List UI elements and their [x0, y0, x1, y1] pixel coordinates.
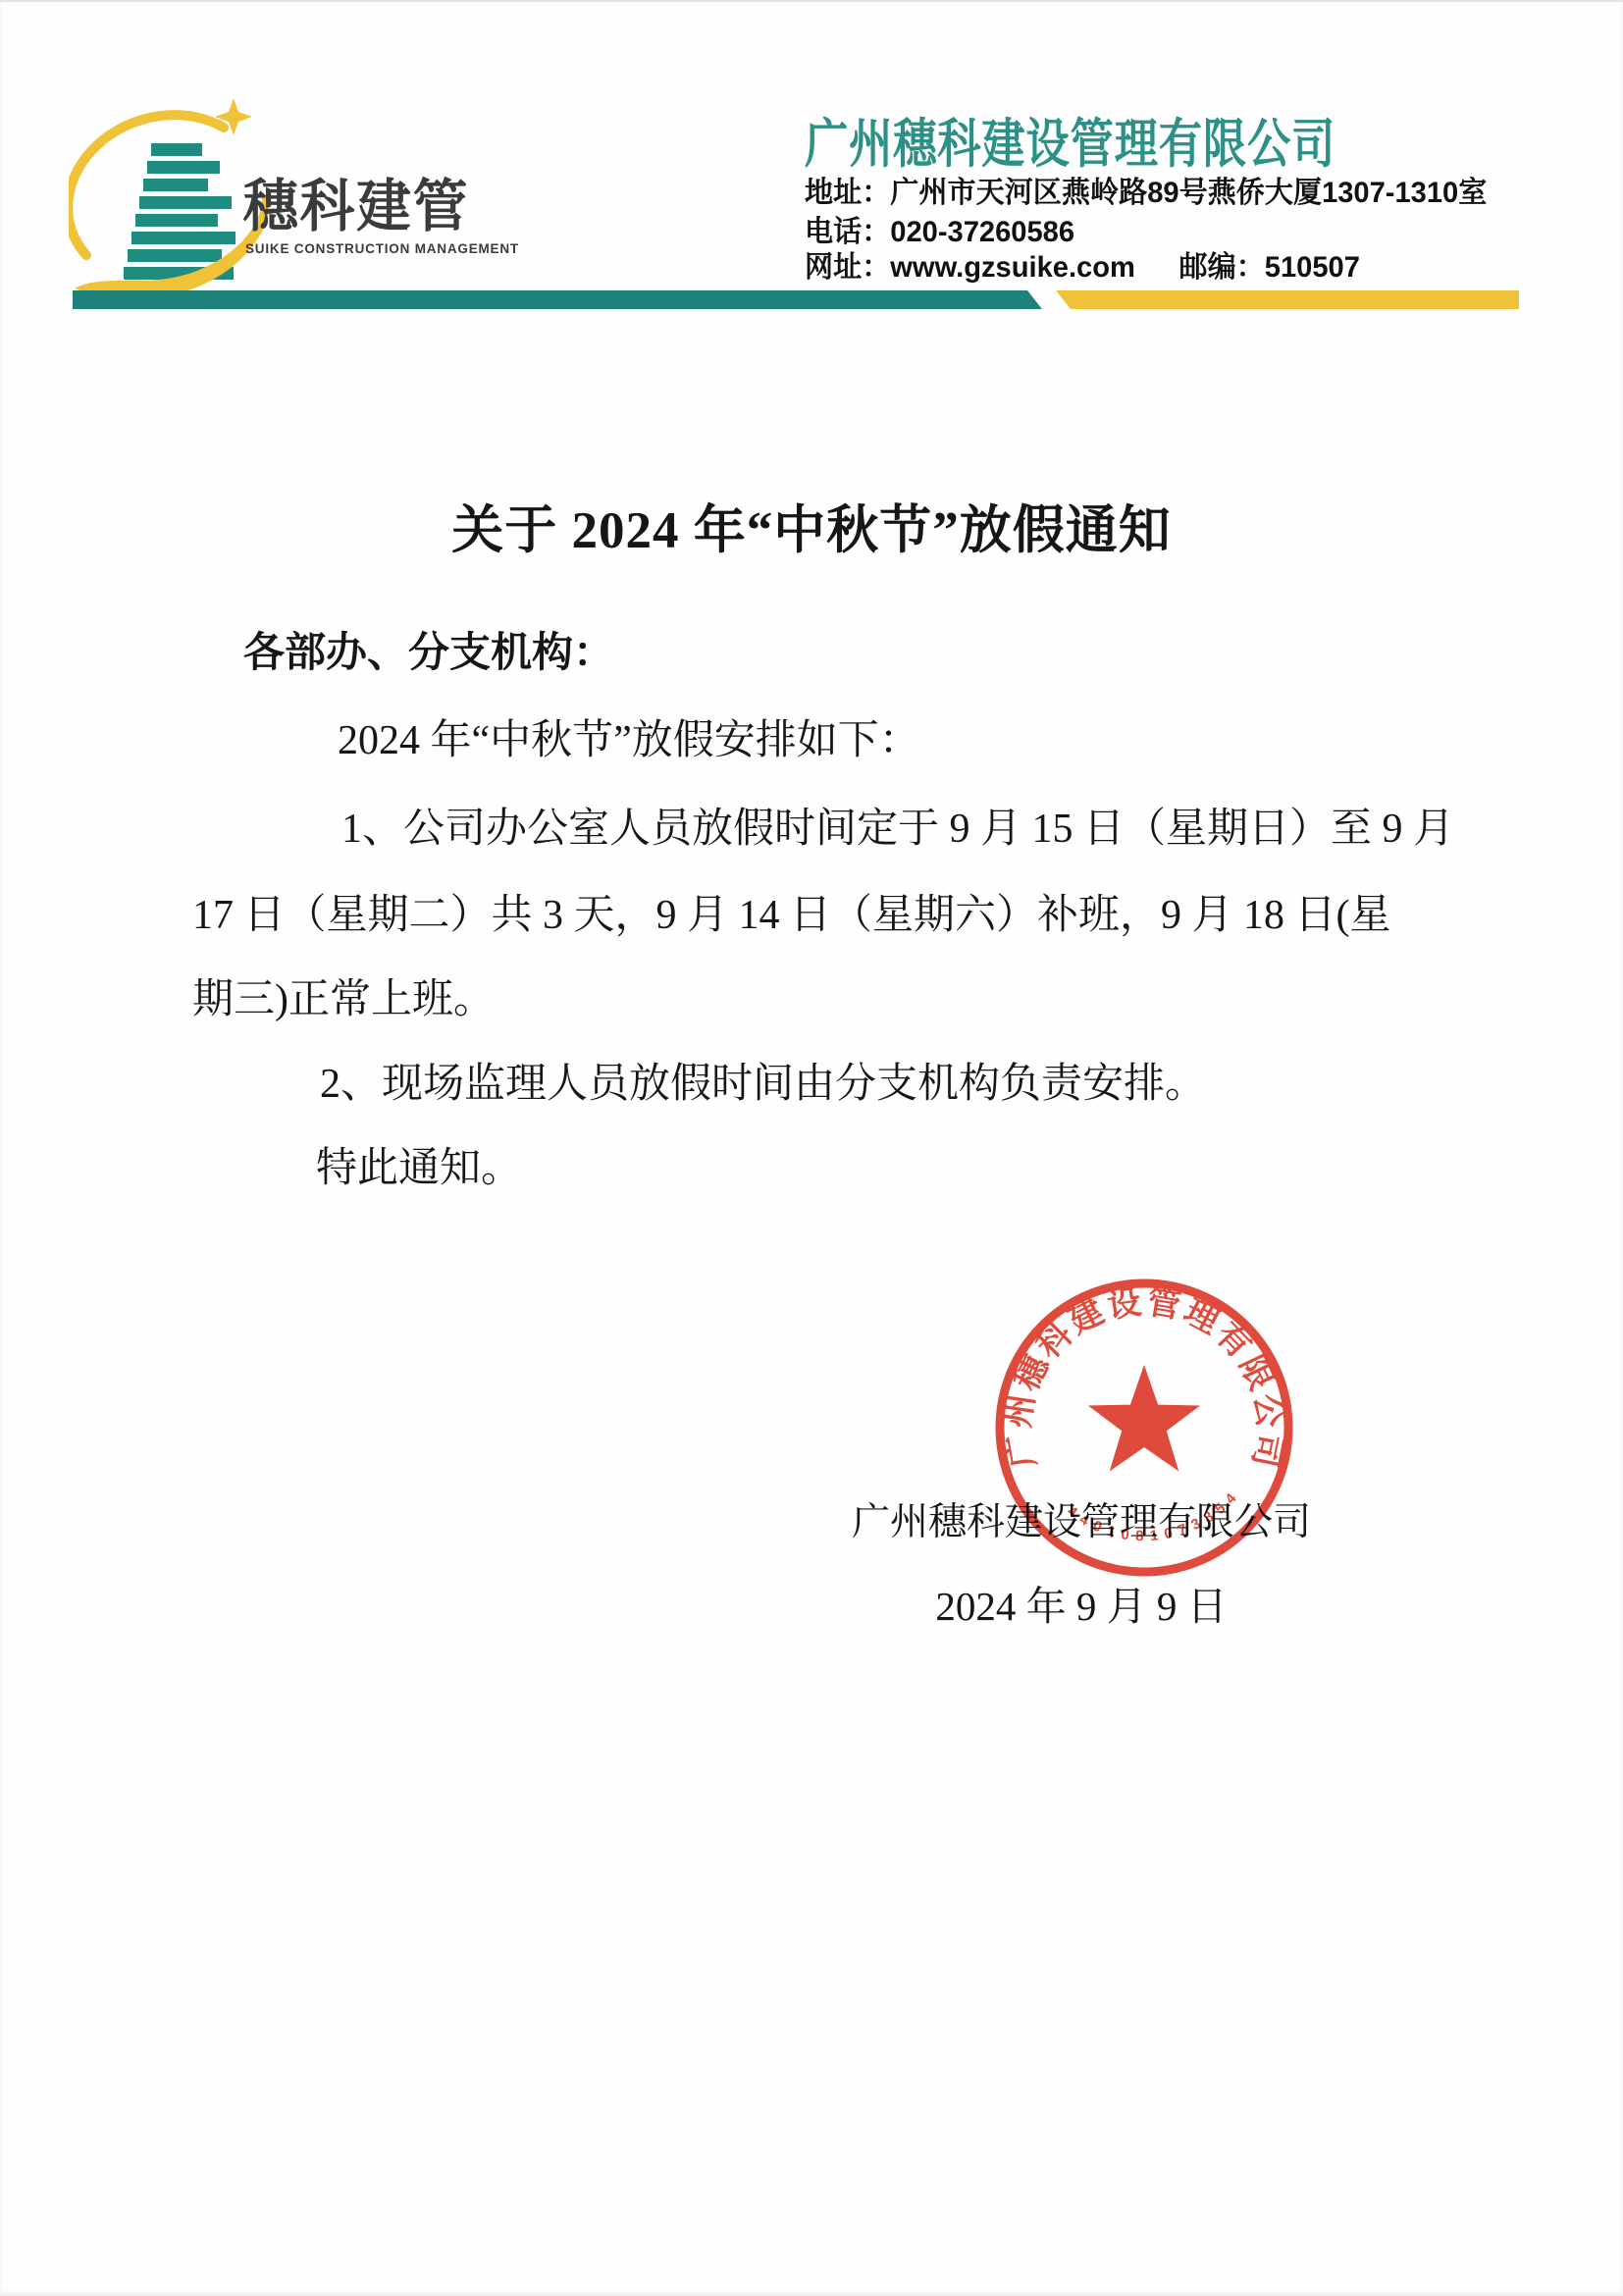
- notice-closing: 特此通知。: [316, 1148, 522, 1189]
- logo-wordmark-cn: 穗科建管: [243, 179, 469, 235]
- address-value: 广州市天河区燕岭路89号燕侨大厦1307-1310室: [890, 177, 1487, 209]
- header-address: 地址：广州市天河区燕岭路89号燕侨大厦1307-1310室: [805, 179, 1487, 208]
- notice-intro: 2024 年“中秋节”放假安排如下：: [338, 720, 920, 761]
- seal-star-icon: [1088, 1365, 1200, 1472]
- notice-item1-line3: 期三)正常上班。: [192, 979, 495, 1020]
- notice-salutation: 各部办、分支机构：: [243, 633, 614, 674]
- header-divider-teal: [73, 290, 1042, 309]
- address-label: 地址：: [805, 177, 890, 209]
- header-web-zip: 网址：www.gzsuike.com邮编：510507: [805, 253, 1360, 283]
- notice-item1-line2: 17 日（星期二）共 3 天，9 月 14 日（星期六）补班，9 月 18 日(…: [192, 895, 1391, 936]
- logo-wordmark-en: SUIKE CONSTRUCTION MANAGEMENT: [245, 241, 519, 256]
- notice-item1-line1: 1、公司办公室人员放假时间定于 9 月 15 日（星期日）至 9 月: [341, 809, 1454, 850]
- company-seal-stamp: 广州穗科建设管理有限公司 4401081073854: [979, 1267, 1309, 1596]
- header-phone: 电话：020-37260586: [805, 218, 1074, 247]
- notice-title: 关于 2024 年“中秋节”放假通知: [0, 489, 1623, 563]
- phone-label: 电话：: [805, 216, 890, 248]
- signature-date: 2024 年 9 月 9 日: [787, 1574, 1376, 1632]
- web-value: www.gzsuike.com: [890, 251, 1135, 284]
- seal-ring-text: 广州穗科建设管理有限公司: [1000, 1282, 1288, 1474]
- zip-label: 邮编：: [1178, 251, 1264, 284]
- signature-company: 广州穗科建设管理有限公司: [787, 1491, 1376, 1546]
- logo-building: [124, 143, 236, 280]
- header-divider-yellow: [1056, 290, 1519, 309]
- notice-document-page: 穗科建管 SUIKE CONSTRUCTION MANAGEMENT 广州穗科建…: [0, 0, 1623, 2296]
- zip-value: 510507: [1265, 251, 1360, 284]
- header-company-name: 广州穗科建设管理有限公司: [805, 116, 1335, 174]
- notice-item2: 2、现场监理人员放假时间由分支机构负责安排。: [320, 1064, 1206, 1105]
- phone-value: 020-37260586: [890, 216, 1074, 248]
- web-label: 网址：: [805, 251, 890, 284]
